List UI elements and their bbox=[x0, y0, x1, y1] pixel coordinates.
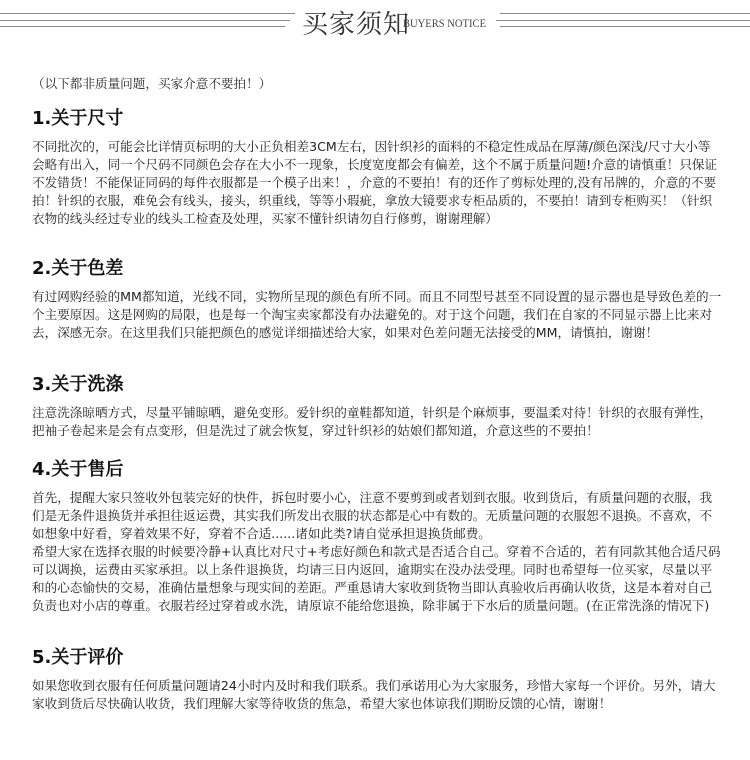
banner-title: 买家须知 bbox=[302, 4, 410, 41]
banner-subtitle: BUYERS NOTICE bbox=[403, 16, 486, 31]
section-color-difference: 2.关于色差 有过网购经验的MM都知道，光线不同，实物所呈现的颜色有所不同。而且… bbox=[32, 258, 722, 342]
intro-disclaimer: （以下都非质量问题，买家介意不要拍！） bbox=[32, 73, 271, 92]
section-heading: 4.关于售后 bbox=[32, 459, 722, 481]
section-body: 不同批次的，可能会比详情页标明的大小正负相差3CM左右，因针织衫的面料的不稳定性… bbox=[32, 138, 722, 228]
section-washing: 3.关于洗涤 注意洗涤晾晒方式，尽量平铺晾晒，避免变形。爱针织的童鞋都知道，针织… bbox=[32, 374, 722, 440]
section-heading: 1.关于尺寸 bbox=[32, 108, 722, 130]
buyers-notice-banner: 买家须知 BUYERS NOTICE bbox=[0, 0, 750, 45]
section-heading: 2.关于色差 bbox=[32, 258, 722, 280]
section-body: 注意洗涤晾晒方式，尽量平铺晾晒，避免变形。爱针织的童鞋都知道，针织是个麻烦事，要… bbox=[32, 404, 722, 440]
section-reviews: 5.关于评价 如果您收到衣服有任何质量问题请24小时内及时和我们联系。我们承诺用… bbox=[32, 647, 722, 713]
section-size: 1.关于尺寸 不同批次的，可能会比详情页标明的大小正负相差3CM左右，因针织衫的… bbox=[32, 108, 722, 228]
section-after-sales: 4.关于售后 首先，提醒大家只签收外包装完好的快件，拆包时要小心，注意不要剪到或… bbox=[32, 459, 722, 615]
section-body: 首先，提醒大家只签收外包装完好的快件，拆包时要小心，注意不要剪到或者划到衣服。收… bbox=[32, 489, 722, 543]
section-heading: 5.关于评价 bbox=[32, 647, 722, 669]
section-body: 如果您收到衣服有任何质量问题请24小时内及时和我们联系。我们承诺用心为大家服务，… bbox=[32, 677, 722, 713]
section-body: 希望大家在选择衣服的时候要冷静+认真比对尺寸+考虑好颜色和款式是否适合自己。穿着… bbox=[32, 543, 722, 615]
section-heading: 3.关于洗涤 bbox=[32, 374, 722, 396]
section-body: 有过网购经验的MM都知道，光线不同，实物所呈现的颜色有所不同。而且不同型号甚至不… bbox=[32, 288, 722, 342]
